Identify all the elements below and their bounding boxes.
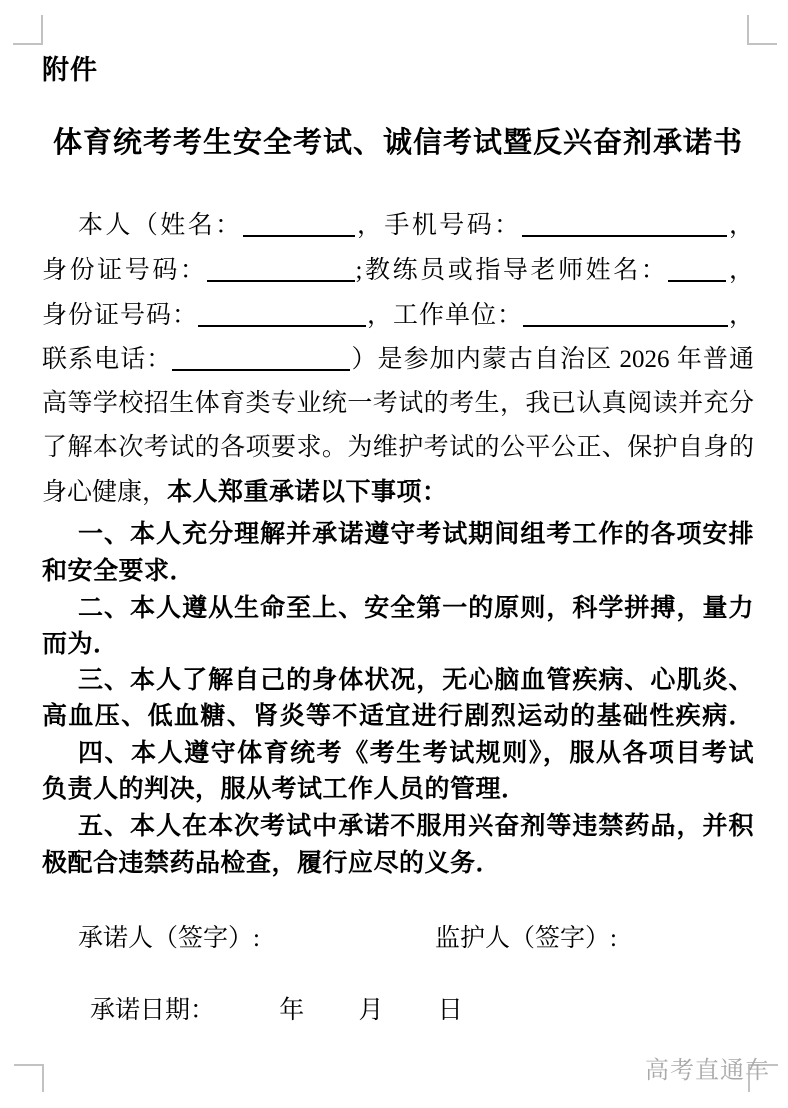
coach-name-blank-field [668, 256, 726, 282]
intro-line-4: 联系电话：）是参加内蒙古自治区 2026 年普通 [42, 344, 754, 376]
phone-blank-field [522, 211, 727, 237]
crop-mark-top-right-icon [747, 15, 777, 45]
comma: ， [726, 257, 754, 284]
coach-id-label: 身份证号码： [42, 302, 198, 329]
crop-mark-top-left-icon [13, 15, 43, 45]
commitment-2-line-1: 二、本人遵从生命至上、安全第一的原则，科学拼搏，量力 [42, 592, 754, 624]
intro-tail-text: 身心健康， [42, 479, 167, 506]
candidate-id-blank-field [207, 256, 355, 282]
commitment-5-line-2: 极配合违禁药品检查，履行应尽的义务． [42, 847, 754, 879]
commitment-5-line-1: 五、本人在本次考试中承诺不服用兴奋剂等违禁药品，并积 [42, 810, 754, 842]
intro-line-7: 身心健康，本人郑重承诺以下事项： [42, 476, 754, 509]
document-title: 体育统考考生安全考试、诚信考试暨反兴奋剂承诺书 [42, 120, 754, 161]
date-label: 承诺日期： [90, 997, 215, 1024]
intro-line-6: 了解本次考试的各项要求。为维护考试的公平公正、保护自身的 [42, 432, 754, 464]
date-row: 承诺日期： 年 月 日 [42, 990, 754, 1026]
pledge-intro-bold-text: 本人郑重承诺以下事项： [167, 478, 448, 506]
commitment-4-line-2: 负责人的判决，服从考试工作人员的管理． [42, 773, 754, 805]
work-unit-blank-field [523, 301, 728, 327]
commitment-2-line-2: 而为． [42, 628, 754, 660]
commitment-3-line-2: 高血压、低血糖、肾炎等不适宜进行剧烈运动的基础性疾病． [42, 700, 754, 732]
contact-phone-label: 联系电话： [42, 346, 172, 373]
commitment-1-line-1: 一、本人充分理解并承诺遵守考试期间组考工作的各项安排 [42, 518, 754, 550]
comma: ， [727, 212, 754, 239]
intro-line-1: 本人（姓名：，手机号码：， [42, 210, 754, 242]
coach-id-blank-field [198, 301, 366, 327]
contact-phone-blank-field [172, 345, 350, 371]
attachment-label: 附件 [42, 48, 98, 87]
month-label: 月 [359, 997, 384, 1024]
intro-continuation-text: ）是参加内蒙古自治区 2026 年普通 [350, 346, 754, 373]
candidate-id-label: 身份证号码： [42, 257, 207, 284]
comma: ， [728, 302, 754, 329]
phone-label: ，手机号码： [355, 212, 522, 239]
signature-row: 承诺人（签字）: 监护人（签字）: [42, 918, 754, 954]
coach-name-label: ;教练员或指导老师姓名： [355, 257, 668, 284]
year-label: 年 [279, 997, 304, 1024]
intro-line-3: 身份证号码：，工作单位：， [42, 300, 754, 332]
day-label: 日 [438, 997, 463, 1024]
intro-line-2: 身份证号码：;教练员或指导老师姓名：， [42, 255, 754, 287]
watermark-text: 高考直通车 [645, 1050, 770, 1085]
name-blank-field [243, 211, 355, 237]
guardian-signature-label: 监护人（签字）: [435, 918, 617, 954]
commitment-1-line-2: 和安全要求． [42, 555, 754, 587]
work-unit-label: ，工作单位： [366, 302, 523, 329]
crop-mark-bottom-left-icon [14, 1064, 44, 1092]
intro-line-5: 高等学校招生体育类专业统一考试的考生，我已认真阅读并充分 [42, 388, 754, 420]
commitment-4-line-1: 四、本人遵守体育统考《考生考试规则》，服从各项目考试 [42, 737, 754, 769]
document-page: 附件 体育统考考生安全考试、诚信考试暨反兴奋剂承诺书 本人（姓名：，手机号码：，… [0, 0, 788, 1108]
commitment-3-line-1: 三、本人了解自己的身体状况，无心脑血管疾病、心肌炎、 [42, 664, 754, 696]
promiser-signature-label: 承诺人（签字）: [78, 925, 260, 952]
name-label: 本人（姓名： [78, 212, 243, 239]
